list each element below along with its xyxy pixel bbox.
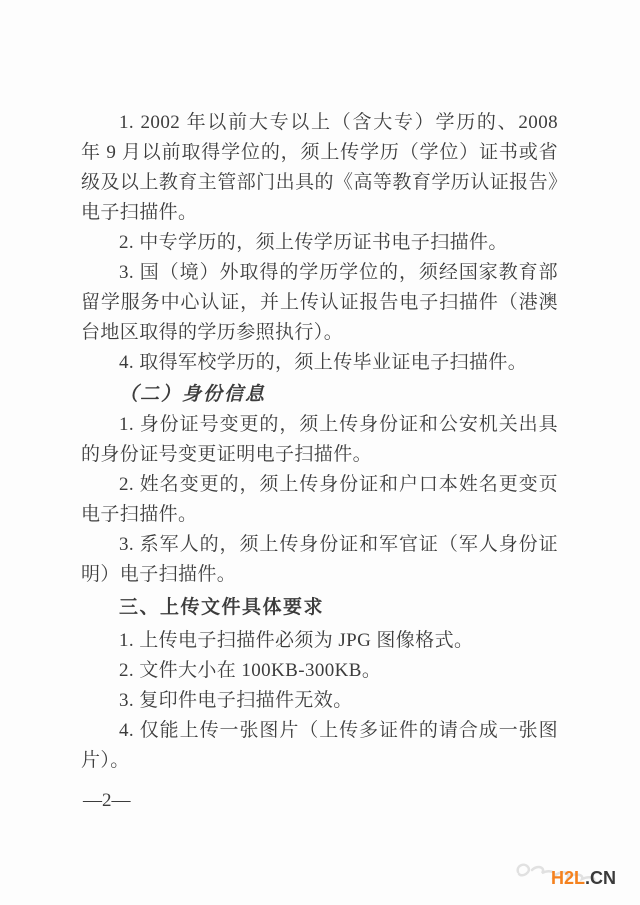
paragraph: 1. 身份证号变更的，须上传身份证和公安机关出具的身份证号变更证明电子扫描件。 — [81, 410, 558, 470]
paragraph: 2. 中专学历的，须上传学历证书电子扫描件。 — [81, 228, 558, 258]
paragraph: 1. 上传电子扫描件必须为 JPG 图像格式。 — [81, 626, 558, 656]
paragraph: 3. 国（境）外取得的学历学位的，须经国家教育部留学服务中心认证，并上传认证报告… — [81, 258, 558, 348]
page-number: —2— — [83, 790, 131, 812]
paragraph: 3. 系军人的，须上传身份证和军官证（军人身份证明）电子扫描件。 — [81, 530, 558, 590]
document-page: 1. 2002 年以前大专以上（含大专）学历的、2008 年 9 月以前取得学位… — [0, 0, 640, 905]
section-heading: 三、上传文件具体要求 — [81, 593, 558, 623]
paragraph: 4. 仅能上传一张图片（上传多证件的请合成一张图片）。 — [81, 716, 558, 776]
section-heading: （二）身份信息 — [81, 380, 558, 410]
paragraph: 4. 取得军校学历的，须上传毕业证电子扫描件。 — [81, 348, 558, 378]
site-watermark: H2L.CN — [551, 867, 616, 889]
document-body: 1. 2002 年以前大专以上（含大专）学历的、2008 年 9 月以前取得学位… — [81, 108, 558, 776]
paragraph: 3. 复印件电子扫描件无效。 — [81, 686, 558, 716]
paragraph: 2. 姓名变更的，须上传身份证和户口本姓名更变页电子扫描件。 — [81, 470, 558, 530]
paragraph: 2. 文件大小在 100KB-300KB。 — [81, 656, 558, 686]
paragraph: 1. 2002 年以前大专以上（含大专）学历的、2008 年 9 月以前取得学位… — [81, 108, 558, 228]
watermark-brand-text: H2L — [551, 868, 585, 888]
watermark-suffix-text: .CN — [585, 868, 616, 888]
